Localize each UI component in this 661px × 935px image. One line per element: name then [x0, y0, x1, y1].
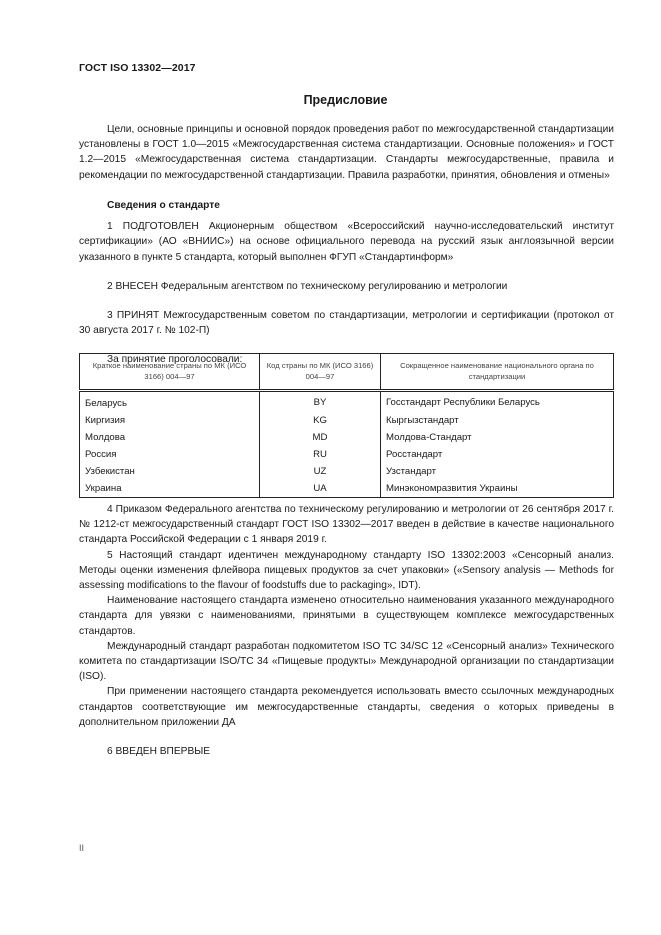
- table-row: УкраинаUAМинэкономразвития Украины: [80, 480, 614, 498]
- cell-body: Росстандарт: [381, 446, 614, 463]
- cell-country: Украина: [80, 480, 260, 498]
- column-header-code: Код страны по МК (ИСО 3166) 004—97: [260, 354, 381, 391]
- cell-country: Киргизия: [80, 412, 260, 429]
- application-paragraph: При применении настоящего стандарта реко…: [79, 684, 614, 730]
- info-section: Сведения о стандарте 1 ПОДГОТОВЛЕН Акцио…: [79, 198, 614, 368]
- intro-paragraph: Цели, основные принципы и основной поряд…: [79, 122, 614, 183]
- info-item-2: 2 ВНЕСЕН Федеральным агентством по техни…: [79, 279, 614, 294]
- voting-table: Краткое наименование страны по МК (ИСО 3…: [79, 353, 614, 498]
- cell-code: KG: [260, 412, 381, 429]
- document-code: ГОСТ ISO 13302—2017: [79, 62, 196, 74]
- intro-section: Цели, основные принципы и основной поряд…: [79, 122, 614, 183]
- info-item-1: 1 ПОДГОТОВЛЕН Акционерным обществом «Все…: [79, 219, 614, 265]
- cell-code: RU: [260, 446, 381, 463]
- table-row: УзбекистанUZУзстандарт: [80, 463, 614, 480]
- info-item-4: 4 Приказом Федерального агентства по тех…: [79, 502, 614, 548]
- page-title: Предисловие: [0, 93, 661, 107]
- cell-code: UA: [260, 480, 381, 498]
- development-paragraph: Международный стандарт разработан подком…: [79, 639, 614, 685]
- cell-country: Россия: [80, 446, 260, 463]
- page-number: II: [79, 843, 84, 853]
- table-header-row: Краткое наименование страны по МК (ИСО 3…: [80, 354, 614, 391]
- cell-country: Узбекистан: [80, 463, 260, 480]
- cell-body: Молдова-Стандарт: [381, 429, 614, 446]
- info-item-5: 5 Настоящий стандарт идентичен междунаро…: [79, 548, 614, 594]
- cell-body: Минэкономразвития Украины: [381, 480, 614, 498]
- table-row: РоссияRUРосстандарт: [80, 446, 614, 463]
- document-page: ГОСТ ISO 13302—2017 Предисловие Цели, ос…: [0, 0, 661, 935]
- column-header-country: Краткое наименование страны по МК (ИСО 3…: [80, 354, 260, 391]
- cell-code: UZ: [260, 463, 381, 480]
- cell-code: BY: [260, 391, 381, 413]
- cell-country: Беларусь: [80, 391, 260, 413]
- info-heading: Сведения о стандарте: [79, 198, 614, 213]
- table-row: БеларусьBYГосстандарт Республики Беларус…: [80, 391, 614, 413]
- name-change-paragraph: Наименование настоящего стандарта измене…: [79, 593, 614, 639]
- info-item-3: 3 ПРИНЯТ Межгосударственным советом по с…: [79, 308, 614, 338]
- cell-body: Кыргызстандарт: [381, 412, 614, 429]
- cell-body: Узстандарт: [381, 463, 614, 480]
- after-table-section: 4 Приказом Федерального агентства по тех…: [79, 502, 614, 759]
- info-item-6: 6 ВВЕДЕН ВПЕРВЫЕ: [79, 744, 614, 759]
- cell-country: Молдова: [80, 429, 260, 446]
- cell-code: MD: [260, 429, 381, 446]
- table-row: МолдоваMDМолдова-Стандарт: [80, 429, 614, 446]
- cell-body: Госстандарт Республики Беларусь: [381, 391, 614, 413]
- table-row: КиргизияKGКыргызстандарт: [80, 412, 614, 429]
- column-header-body: Сокращенное наименование национального о…: [381, 354, 614, 391]
